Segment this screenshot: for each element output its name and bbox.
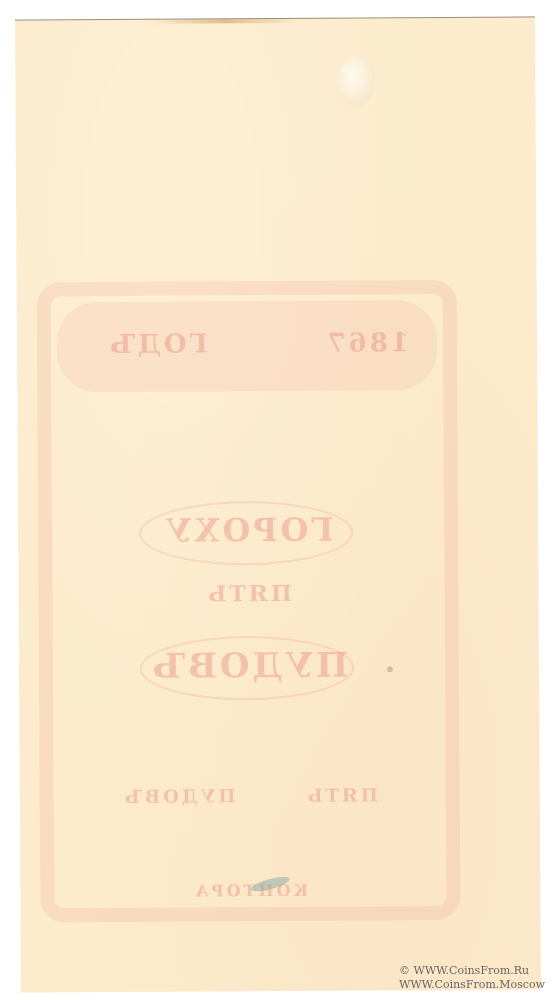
edge-stain — [150, 19, 300, 24]
denomination-repeat-text: ПЯТЬ ПУДОВЪ — [40, 785, 460, 809]
watermark-line-1: © WWW.CoinsFrom.Ru — [399, 964, 545, 978]
paper-dent — [337, 56, 375, 106]
dirt-speck — [387, 666, 393, 672]
quantity-text: ПЯТЬ — [38, 580, 458, 609]
office-text: КОНТОРА — [40, 880, 460, 902]
unit-text: ПУДОВЪ — [39, 645, 459, 688]
banknote-paper: 1867 ГОДЪ ГОРОХУ ПЯТЬ ПУДОВЪ ПЯТЬ ПУДОВЪ… — [15, 16, 541, 992]
mirrored-print-showthrough: 1867 ГОДЪ ГОРОХУ ПЯТЬ ПУДОВЪ ПЯТЬ ПУДОВЪ… — [37, 280, 461, 923]
year-word-text: ГОДЪ — [37, 328, 457, 361]
commodity-text: ГОРОХУ — [38, 510, 458, 551]
copyright-watermark: © WWW.CoinsFrom.Ru WWW.CoinsFrom.Moscow — [399, 964, 545, 992]
watermark-line-2: WWW.CoinsFrom.Moscow — [399, 978, 545, 992]
